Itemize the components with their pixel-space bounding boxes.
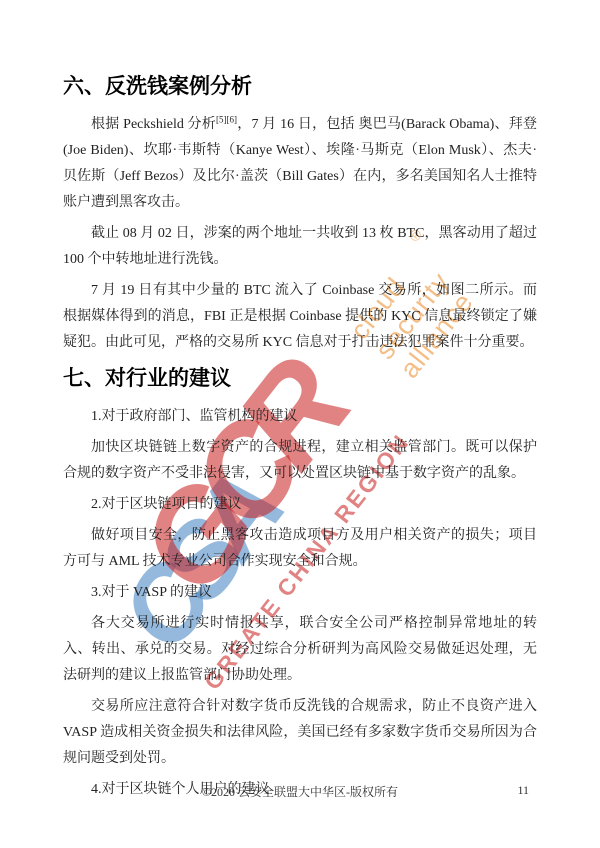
paragraph-vasp-advice-1: 各大交易所进行实时情报共享，联合安全公司严格控制异常地址的转入、转出、承兑的交易… xyxy=(63,611,537,689)
document-content: 六、反洗钱案例分析 根据 Peckshield 分析[5][6]，7 月 16 … xyxy=(63,74,537,808)
paragraph-text: 根据 Peckshield 分析 xyxy=(91,117,216,132)
section-heading-7: 七、对行业的建议 xyxy=(63,366,537,390)
page-number: 11 xyxy=(517,783,529,798)
paragraph-btc-received: 截止 08 月 02 日，涉案的两个地址一共收到 13 枚 BTC，黑客动用了超… xyxy=(63,221,537,273)
footnote-reference: [5][6] xyxy=(216,114,237,124)
section-heading-6: 六、反洗钱案例分析 xyxy=(63,74,537,98)
page-footer: ©2020 云安全联盟大中华区-版权所有 11 xyxy=(63,783,537,801)
subheading-government: 1.对于政府部门、监管机构的建议 xyxy=(63,404,537,430)
paragraph-government-advice: 加快区块链链上数字资产的合规进程，建立相关监管部门。既可以保护合规的数字资产不受… xyxy=(63,435,537,487)
paragraph-celebrity-hack: 根据 Peckshield 分析[5][6]，7 月 16 日，包括 奥巴马(B… xyxy=(63,112,537,216)
document-page: CSA GCR GREATE CHINA REGION cloud securi… xyxy=(0,0,600,848)
subheading-vasp: 3.对于 VASP 的建议 xyxy=(63,580,537,606)
paragraph-coinbase-kyc: 7 月 19 日有其中少量的 BTC 流入了 Coinbase 交易所，如图二所… xyxy=(63,278,537,356)
footer-copyright: ©2020 云安全联盟大中华区-版权所有 xyxy=(63,783,537,800)
paragraph-project-advice: 做好项目安全，防止黑客攻击造成项目方及用户相关资产的损失；项目方可与 AML 技… xyxy=(63,523,537,575)
paragraph-vasp-advice-2: 交易所应注意符合针对数字货币反洗钱的合规需求，防止不良资产进入 VASP 造成相… xyxy=(63,694,537,772)
subheading-blockchain-project: 2.对于区块链项目的建议 xyxy=(63,492,537,518)
